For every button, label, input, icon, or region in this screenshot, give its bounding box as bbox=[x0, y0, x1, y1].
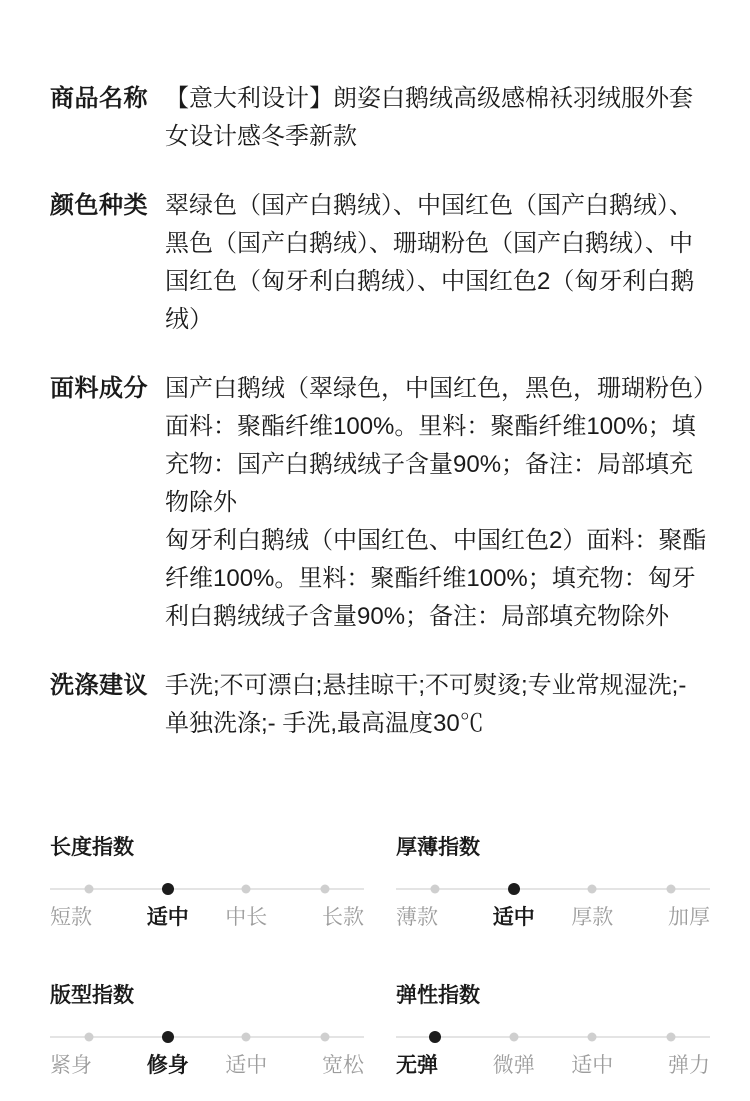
spec-label-washing-advice: 洗涤建议 bbox=[50, 667, 165, 705]
index-option: 厚款 bbox=[553, 903, 632, 933]
slider-dot bbox=[588, 1033, 597, 1042]
slider-dot bbox=[431, 885, 440, 894]
thickness-index-slider bbox=[396, 888, 710, 890]
index-option: 无弹 bbox=[396, 1051, 475, 1081]
index-option: 适中 bbox=[475, 903, 554, 933]
slider-dot bbox=[242, 885, 251, 894]
index-card-thickness: 厚薄指数 薄款 适中 厚款 加厚 bbox=[396, 831, 710, 933]
index-option: 微弹 bbox=[475, 1051, 554, 1081]
slider-dot bbox=[320, 1033, 329, 1042]
fit-index-options: 紧身 修身 适中 宽松 bbox=[50, 1051, 364, 1081]
index-title-thickness: 厚薄指数 bbox=[396, 831, 710, 861]
slider-dot bbox=[162, 883, 174, 895]
spec-value-color-variants: 翠绿色（国产白鹅绒）、中国红色（国产白鹅绒）、黑色（国产白鹅绒）、珊瑚粉色（国产… bbox=[165, 187, 710, 339]
spec-value-washing-advice: 手洗;不可漂白;悬挂晾干;不可熨烫;专业常规湿洗;- 单独洗涤;- 手洗,最高温… bbox=[165, 667, 710, 743]
spec-row-washing-advice: 洗涤建议 手洗;不可漂白;悬挂晾干;不可熨烫;专业常规湿洗;- 单独洗涤;- 手… bbox=[50, 667, 710, 743]
spec-row-fabric-composition: 面料成分 国产白鹅绒（翠绿色，中国红色，黑色，珊瑚粉色）面料：聚酯纤维100%。… bbox=[50, 370, 710, 636]
index-option: 薄款 bbox=[396, 903, 475, 933]
slider-dot bbox=[666, 1033, 675, 1042]
fit-index-slider bbox=[50, 1036, 364, 1038]
spec-label-fabric-composition: 面料成分 bbox=[50, 370, 165, 408]
index-title-elasticity: 弹性指数 bbox=[396, 979, 710, 1009]
index-title-fit: 版型指数 bbox=[50, 979, 364, 1009]
spec-row-product-name: 商品名称 【意大利设计】朗姿白鹅绒高级感棉袄羽绒服外套女设计感冬季新款 bbox=[50, 80, 710, 156]
index-option: 加厚 bbox=[632, 903, 711, 933]
index-option: 长款 bbox=[286, 903, 365, 933]
index-option: 适中 bbox=[207, 1051, 286, 1081]
slider-dot bbox=[162, 1031, 174, 1043]
product-spec-list: 商品名称 【意大利设计】朗姿白鹅绒高级感棉袄羽绒服外套女设计感冬季新款 颜色种类… bbox=[50, 80, 710, 743]
index-option: 宽松 bbox=[286, 1051, 365, 1081]
index-card-length: 长度指数 短款 适中 中长 长款 bbox=[50, 831, 364, 933]
index-card-fit: 版型指数 紧身 修身 适中 宽松 bbox=[50, 979, 364, 1081]
index-title-length: 长度指数 bbox=[50, 831, 364, 861]
spec-row-color-variants: 颜色种类 翠绿色（国产白鹅绒）、中国红色（国产白鹅绒）、黑色（国产白鹅绒）、珊瑚… bbox=[50, 187, 710, 339]
index-option: 修身 bbox=[129, 1051, 208, 1081]
spec-label-product-name: 商品名称 bbox=[50, 80, 165, 118]
slider-dot bbox=[242, 1033, 251, 1042]
length-index-options: 短款 适中 中长 长款 bbox=[50, 903, 364, 933]
slider-dot bbox=[588, 885, 597, 894]
product-detail-page: 商品名称 【意大利设计】朗姿白鹅绒高级感棉袄羽绒服外套女设计感冬季新款 颜色种类… bbox=[0, 0, 750, 1101]
index-option: 适中 bbox=[553, 1051, 632, 1081]
elasticity-index-slider bbox=[396, 1036, 710, 1038]
index-option: 弹力 bbox=[632, 1051, 711, 1081]
product-index-grid: 长度指数 短款 适中 中长 长款 厚薄指数 bbox=[50, 831, 710, 1081]
index-option: 中长 bbox=[207, 903, 286, 933]
spec-value-product-name: 【意大利设计】朗姿白鹅绒高级感棉袄羽绒服外套女设计感冬季新款 bbox=[165, 80, 710, 156]
slider-dot bbox=[666, 885, 675, 894]
slider-dot bbox=[508, 883, 520, 895]
spec-value-fabric-composition: 国产白鹅绒（翠绿色，中国红色，黑色，珊瑚粉色）面料：聚酯纤维100%。里料：聚酯… bbox=[165, 370, 710, 636]
slider-dot bbox=[320, 885, 329, 894]
spec-label-color-variants: 颜色种类 bbox=[50, 187, 165, 225]
elasticity-index-options: 无弹 微弹 适中 弹力 bbox=[396, 1051, 710, 1081]
slider-dot bbox=[429, 1031, 441, 1043]
thickness-index-options: 薄款 适中 厚款 加厚 bbox=[396, 903, 710, 933]
slider-dot bbox=[85, 885, 94, 894]
length-index-slider bbox=[50, 888, 364, 890]
index-card-elasticity: 弹性指数 无弹 微弹 适中 弹力 bbox=[396, 979, 710, 1081]
index-option: 适中 bbox=[129, 903, 208, 933]
slider-dot bbox=[509, 1033, 518, 1042]
index-option: 紧身 bbox=[50, 1051, 129, 1081]
index-option: 短款 bbox=[50, 903, 129, 933]
slider-dot bbox=[85, 1033, 94, 1042]
